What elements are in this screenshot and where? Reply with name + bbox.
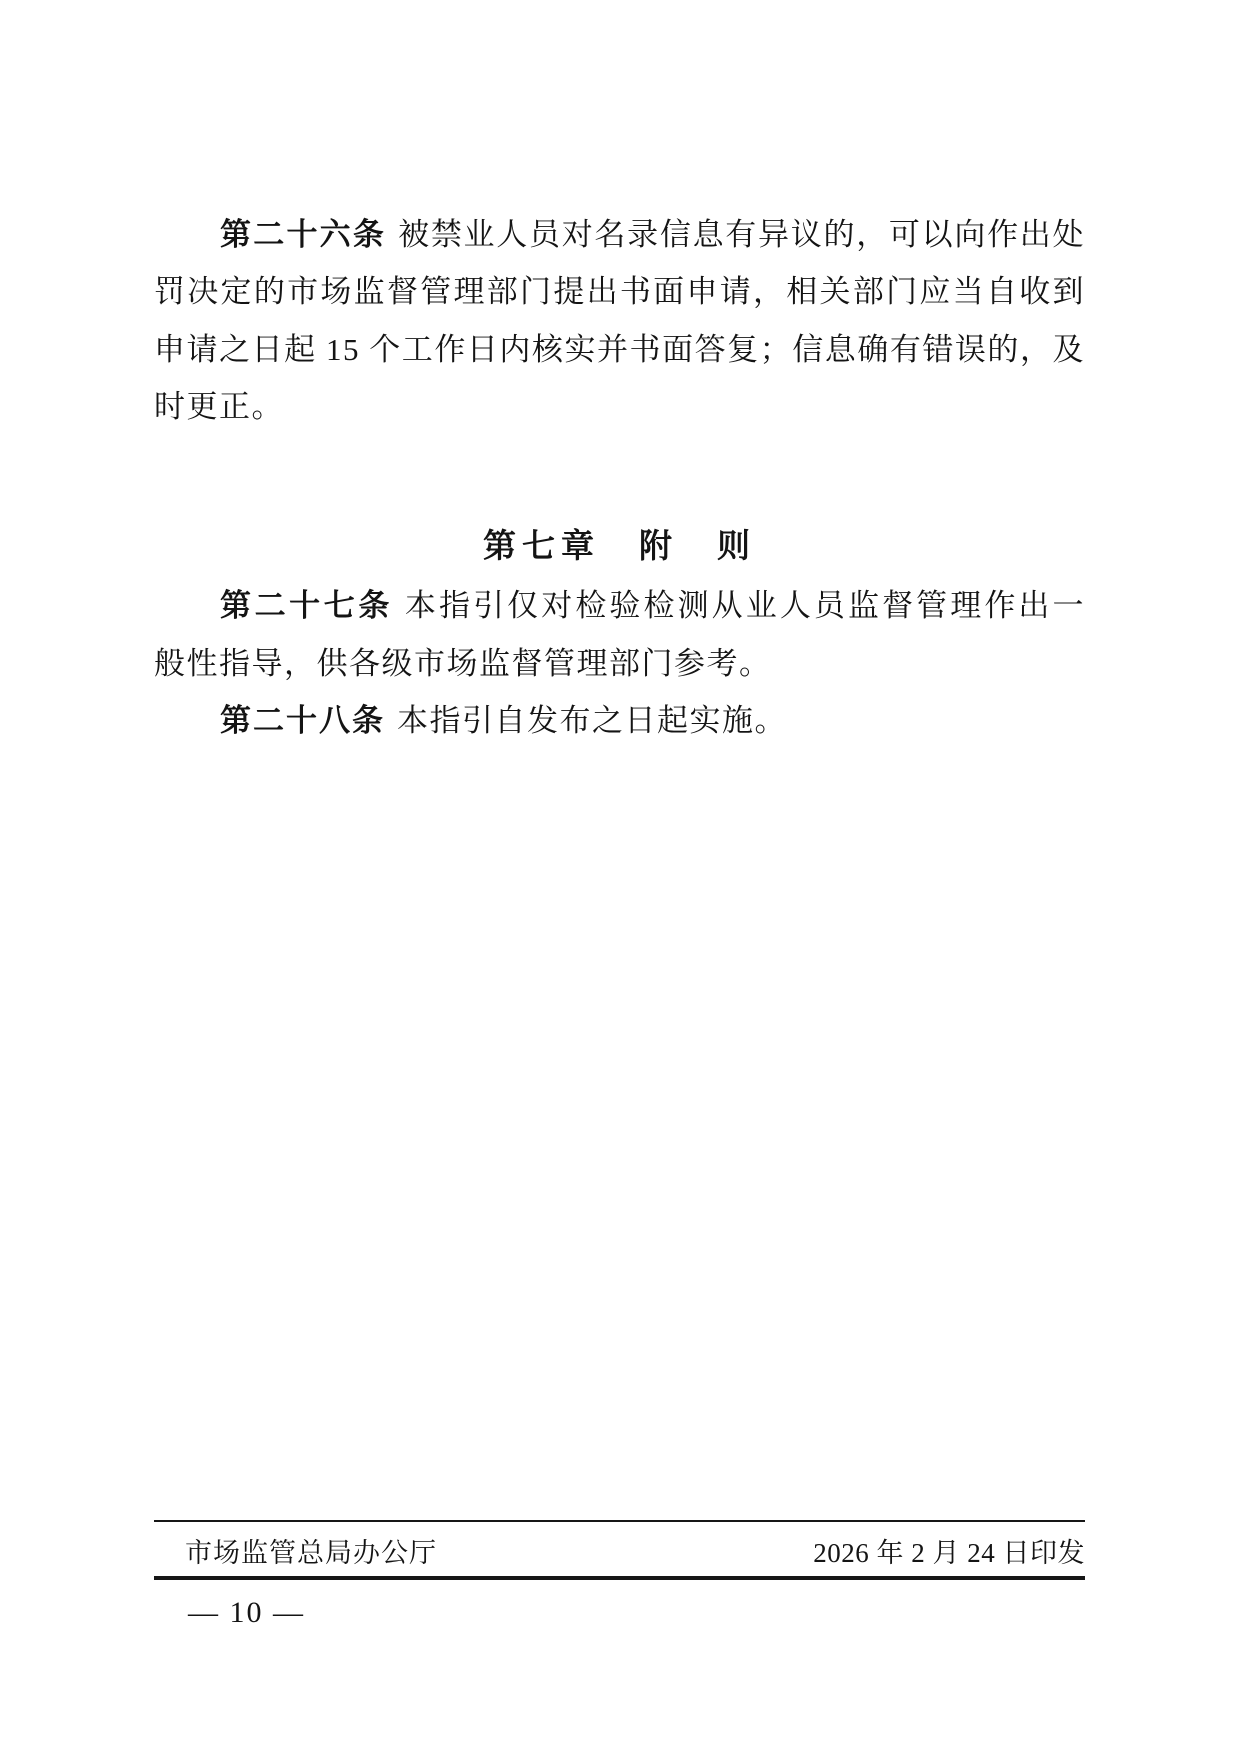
article-26-line-3-text: 申请之日起 15 个工作日内核实并书面答复；信息确有错误的，及 [154,332,1085,367]
article-26-line-2: 罚决定的市场监督管理部门提出书面申请，相关部门应当自收到 [154,263,1085,320]
article-28-number: 第二十八条 [220,703,385,738]
footer-issuer: 市场监管总局办公厅 [154,1531,437,1570]
article-26-number: 第二十六条 [220,217,386,252]
article-27-line-1-text: 本指引仅对检验检测从业人员监督管理作出一 [405,588,1085,623]
document-page: 第二十六条被禁业人员对名录信息有异议的，可以向作出处 罚决定的市场监督管理部门提… [0,0,1240,1753]
article-27-line-1: 第二十七条本指引仅对检验检测从业人员监督管理作出一 [154,577,1085,634]
article-26-line-1: 第二十六条被禁业人员对名录信息有异议的，可以向作出处 [154,206,1085,263]
article-26-line-4: 时更正。 [154,378,1085,435]
article-28-line-1-text: 本指引自发布之日起实施。 [397,703,787,738]
article-26-line-1-text: 被禁业人员对名录信息有异议的，可以向作出处 [398,217,1085,252]
article-26-line-3: 申请之日起 15 个工作日内核实并书面答复；信息确有错误的，及 [154,321,1085,378]
article-27-number: 第二十七条 [220,588,393,623]
footer-row: 市场监管总局办公厅 2026 年 2 月 24 日印发 [154,1528,1085,1572]
article-26-line-4-text: 时更正。 [154,389,284,424]
article-28-line-1: 第二十八条本指引自发布之日起实施。 [154,692,1085,749]
article-26-line-2-text: 罚决定的市场监督管理部门提出书面申请，相关部门应当自收到 [154,274,1085,309]
chapter-heading: 第七章 附 则 [154,517,1085,574]
footer-print-date: 2026 年 2 月 24 日印发 [813,1531,1085,1570]
footer-bottom-rule [154,1576,1085,1580]
article-27-line-2-text: 般性指导，供各级市场监督管理部门参考。 [154,646,772,681]
footer-top-rule [154,1520,1085,1522]
document-body: 第二十六条被禁业人员对名录信息有异议的，可以向作出处 罚决定的市场监督管理部门提… [154,206,1085,749]
page-number: — 10 — [188,1596,305,1630]
article-27-line-2: 般性指导，供各级市场监督管理部门参考。 [154,635,1085,692]
